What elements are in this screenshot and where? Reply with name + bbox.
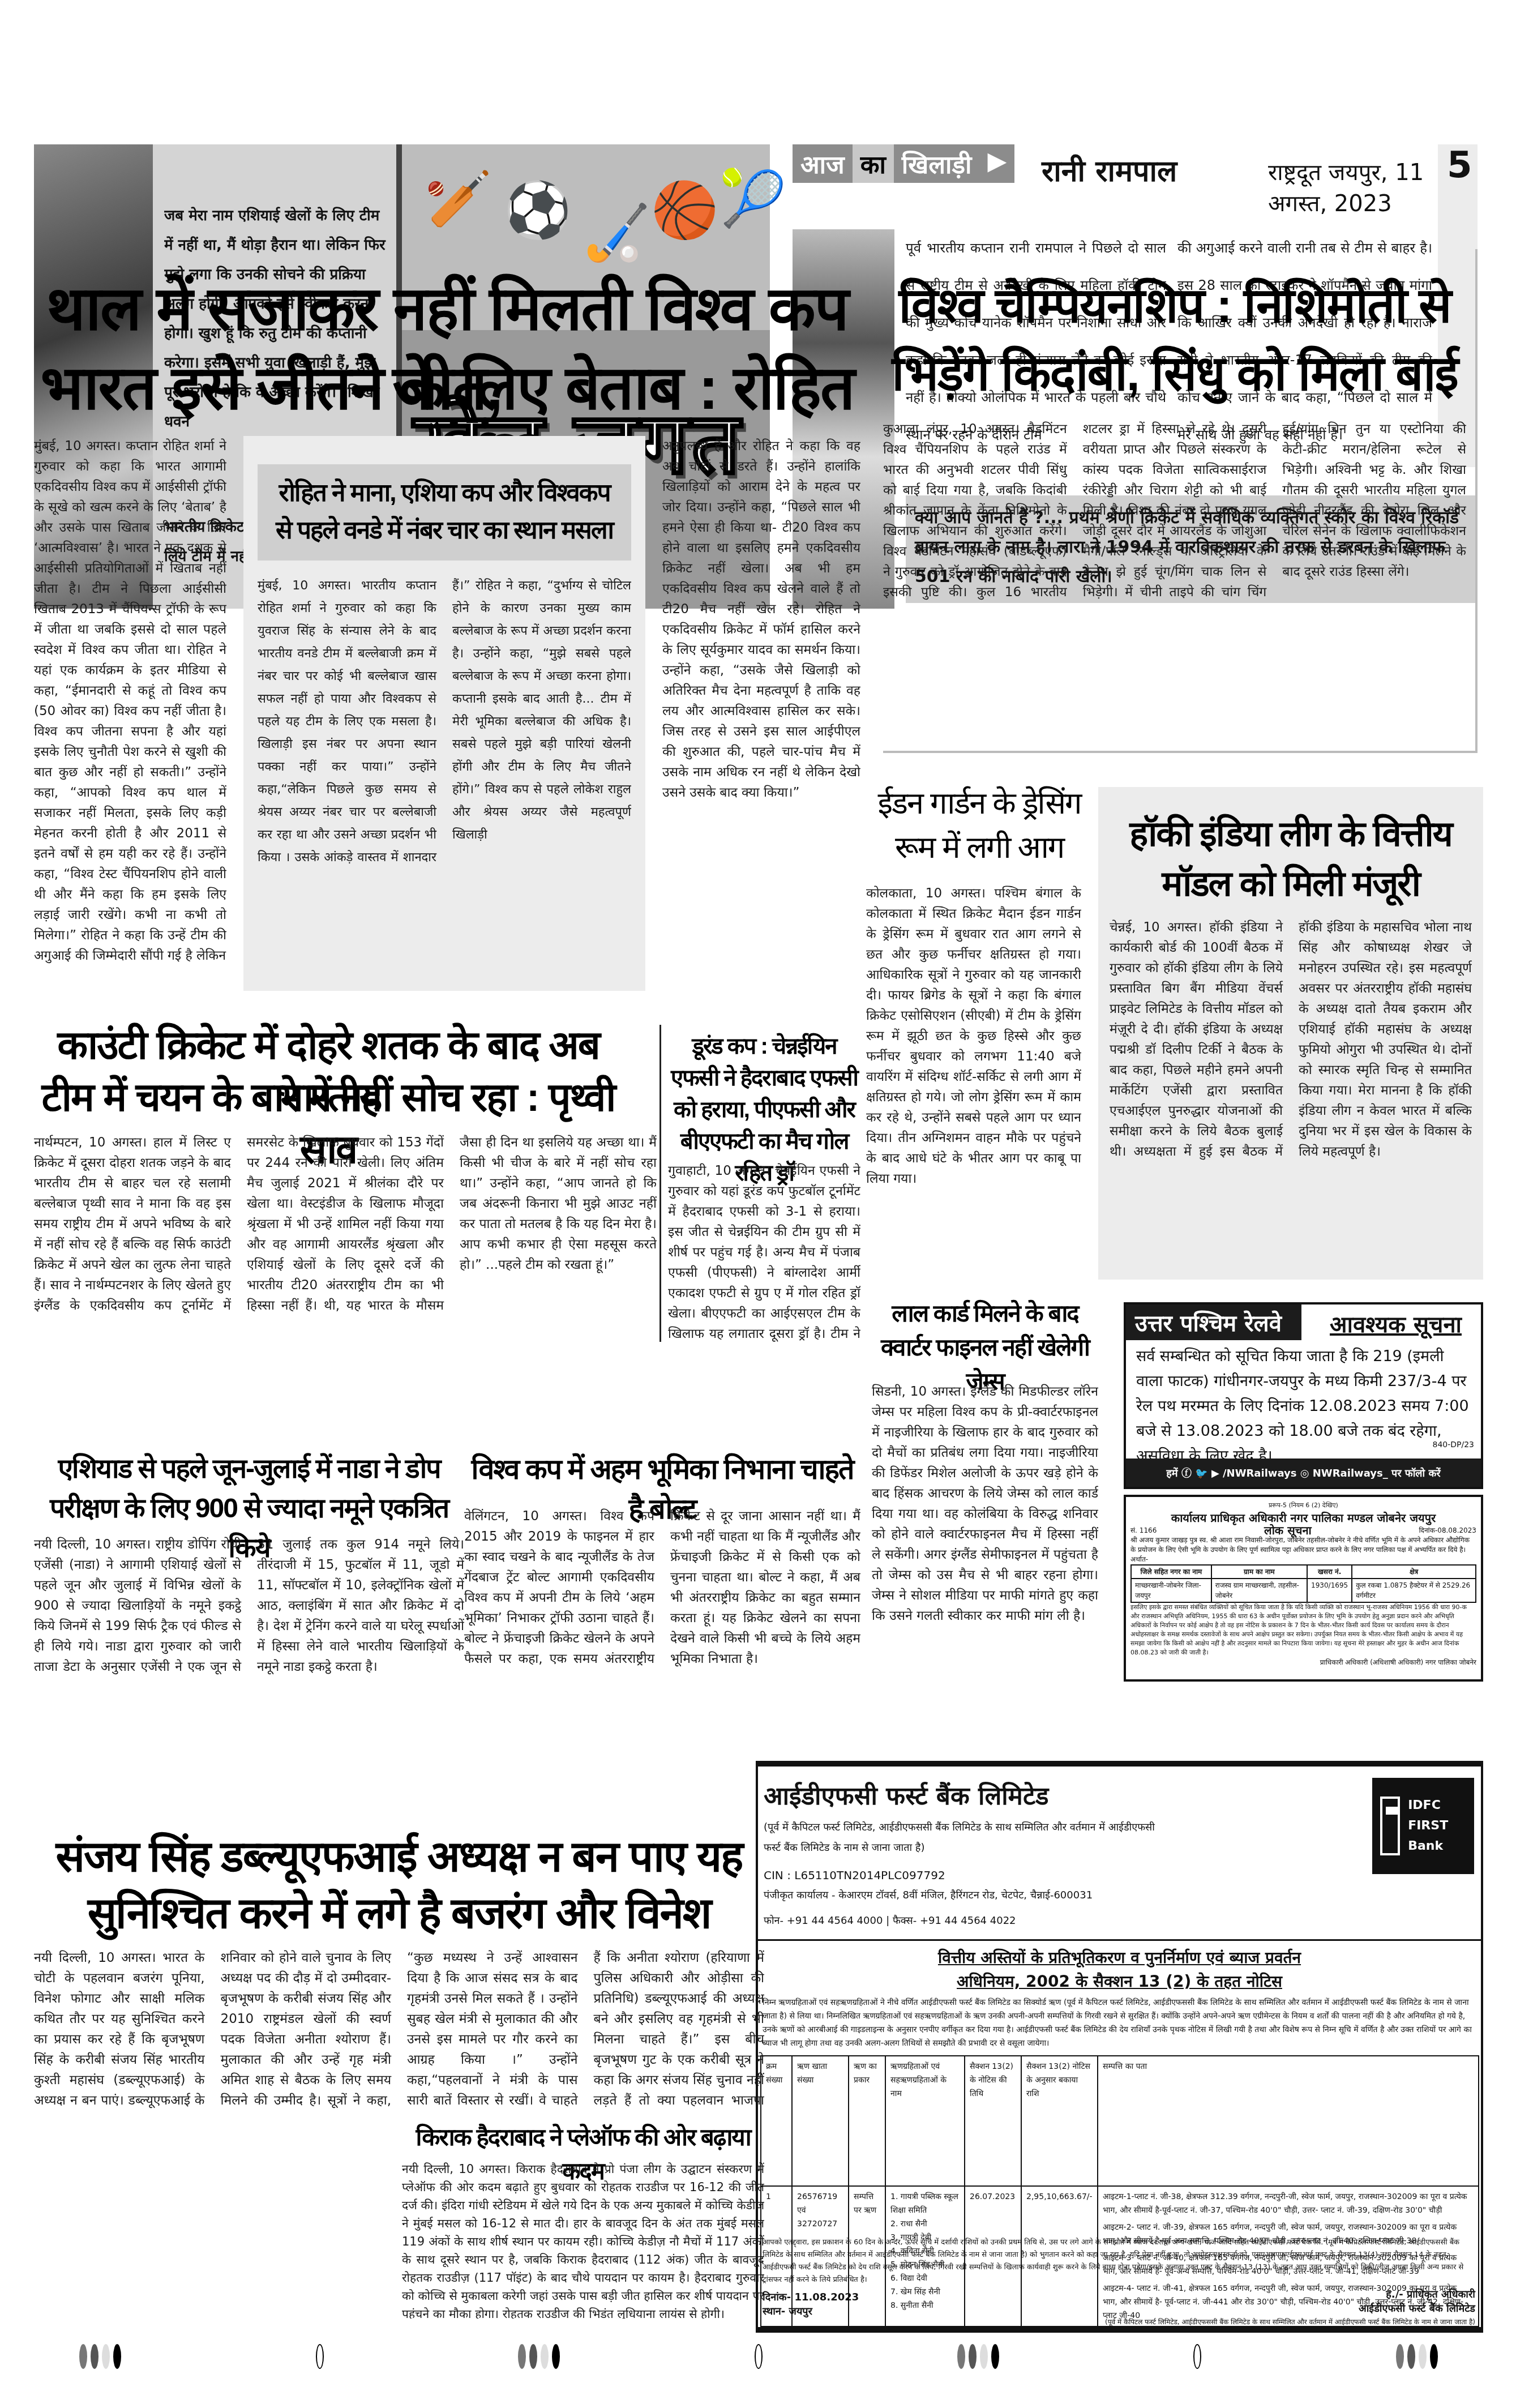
idfc-notice-title-2: अधिनियम, 2002 के सैक्शन 13 (2) के तहत नो…	[758, 1970, 1481, 1992]
idfc-th: सम्पत्ति का पता	[1098, 2056, 1479, 2186]
jobner-th: ग्राम का नाम	[1211, 1565, 1307, 1579]
idfc-divider	[758, 1939, 1481, 1941]
idfc-table: क्रम संख्या ऋण खाता संख्या ऋण का प्रकार …	[760, 2055, 1479, 2327]
idfc-contact: फोन- +91 44 4564 4000 | फैक्स- +91 44 45…	[764, 1914, 1016, 1927]
idfc-place: स्थान- जयपुर	[763, 2304, 812, 2318]
jobner-th: खसरा नं.	[1307, 1565, 1352, 1579]
borrower: 7. खेम सिंह सैनी	[890, 2285, 960, 2299]
jobner-table: जिले सहित नगर का नाम ग्राम का नाम खसरा न…	[1130, 1564, 1476, 1603]
idfc-bank-name: आईडीएफसी फर्स्ट बैंक लिमिटेड	[764, 1778, 1049, 1812]
idfc-notice-title-1: वित्तीय अस्तियों के प्रतिभूतिकरण व पुनर्…	[758, 1947, 1481, 1968]
badminton-box: विश्व चैम्पियनशिप : निशिमोती से भिड़ेंगे…	[883, 249, 1478, 753]
idfc-sign-1: ह./- प्राधिकृत अधिकारी	[1386, 2287, 1475, 2301]
rohit-body-col4: अनुपलब्ध हैं और रोहित ने कहा कि वह अब चो…	[662, 436, 860, 991]
nw-railway-notice: उत्तर पश्चिम रेलवे आवश्यक सूचना सर्व सम्…	[1124, 1302, 1483, 1489]
idfc-sign-2: आईडीएफसी फर्स्ट बैंक लिमिटेड	[1359, 2302, 1475, 2315]
jobner-intro: श्री अजय कुमार जाखड़ पुत्र स्व. श्री आशा…	[1130, 1536, 1476, 1564]
borrower: 2. राधा सैनी	[890, 2217, 960, 2231]
idfc-th: क्रम संख्या	[761, 2056, 792, 2186]
jobner-th: जिले सहित नगर का नाम	[1131, 1565, 1211, 1579]
player-name: रानी रामपाल	[1042, 150, 1177, 190]
idfc-address: पंजीकृत कार्यालय - केआरएम टॉवर्स, 8वीं म…	[764, 1888, 1093, 1902]
jobner-title: लोक सूचना	[1264, 1525, 1312, 1536]
idfc-logo-text-2: Bank	[1408, 1836, 1466, 1857]
rohit-body-col1: मुंबई, 10 अगस्त। कप्तान रोहित शर्मा ने ग…	[34, 436, 226, 991]
hockey-box: हॉकी इंडिया लीग के वित्तीय मॉडल को मिली …	[1098, 787, 1483, 1280]
crosshair-icon	[316, 2344, 324, 2369]
idfc-notice: आईडीएफसी फर्स्ट बैंक लिमिटेड (पूर्व में …	[756, 1761, 1483, 2333]
tag-aaj: आज	[793, 144, 853, 183]
eden-headline: ईडन गार्डन के ड्रेसिंग रूम में लगी आग	[872, 781, 1087, 870]
idfc-date: दिनांक- 11.08.2023	[763, 2290, 859, 2304]
nada-body: नयी दिल्ली, 10 अगस्त। राष्ट्रीय डोपिंग र…	[34, 1534, 464, 1829]
idfc-cin: CIN : L65110TN2014PLC097792	[764, 1868, 945, 1882]
durand-body: गुवाहाटी, 10 अगस्त। चेन्नईयिन एफसी ने गु…	[668, 1161, 860, 1342]
prithvi-body: नार्थम्पटन, 10 अगस्त। हाल में लिस्ट ए क्…	[34, 1132, 657, 1427]
rohit-sidebar-body: मुंबई, 10 अगस्त। भारतीय कप्तान रोहित शर्…	[258, 575, 631, 982]
nwr-org: उत्तर पश्चिम रेलवे	[1126, 1304, 1301, 1340]
color-bar-icon	[79, 2344, 121, 2369]
idfc-th: सैक्शन 13(2) के नोटिस की तिथि	[965, 2056, 1021, 2186]
idfc-logo-text-1: IDFC FIRST	[1408, 1795, 1466, 1836]
kiraak-body: नयी दिल्ली, 10 अगस्त। किराक हैदराबाद ने …	[402, 2160, 764, 2319]
property-item: आइटम-1-प्लाट नं. जी-38, क्षेत्रफल 312.39…	[1103, 2190, 1474, 2217]
eden-body: कोलकाता, 10 अगस्त। पश्चिम बंगाल के कोलका…	[866, 883, 1081, 1280]
hockey-body: चेन्नई, 10 अगस्त। हॉकी इंडिया ने कार्यका…	[1110, 917, 1472, 1274]
jobner-td: 1930/1695	[1307, 1579, 1352, 1602]
nwr-handle-2[interactable]: NWRailways_ पर फॉलो करें	[1313, 1468, 1441, 1479]
jobner-td: कुल रकबा 1.0875 हैक्टेयर में से 2529.26 …	[1352, 1579, 1476, 1602]
wfi-headline-2: सुनिश्चित करने में लगे है बजरंग और विनेश	[34, 1885, 764, 1942]
nwr-footer: हमें ⓕ 🐦 ▶ /NWRailways ◎ NWRailways_ पर …	[1126, 1459, 1481, 1487]
twitter-icon[interactable]: 🐦	[1195, 1468, 1207, 1479]
jobner-form-ref: प्ररूप-5 (नियम 6 (2) देखिए)	[1130, 1500, 1476, 1511]
idfc-th: सैक्शन 13(2) नोटिस के अनुसार बकाया राशि	[1021, 2056, 1098, 2186]
rohit-sidebar: रोहित ने माना, एशिया कप और विश्वकप से पह…	[243, 436, 645, 991]
football-icon: ⚽	[504, 178, 572, 242]
color-bar-icon	[518, 2344, 560, 2369]
nwr-title: आवश्यक सूचना	[1330, 1308, 1462, 1339]
jobner-body: इसलिए इसके द्वारा समस्त संबंधित व्यक्तिय…	[1130, 1603, 1476, 1657]
tag-khiladi: खिलाड़ी	[894, 144, 980, 183]
print-registration-marks	[79, 2344, 1438, 2369]
jobner-date: दिनांक-08.08.2023	[1419, 1525, 1476, 1536]
instagram-icon[interactable]: ◎	[1300, 1468, 1313, 1479]
idfc-th: ऋण का प्रकार	[849, 2056, 885, 2186]
color-bar-icon	[957, 2344, 999, 2369]
column-divider	[659, 1025, 661, 1342]
idfc-logo-mark-icon	[1380, 1797, 1400, 1855]
idfc-closing: आपको एतद्द्वारा, इस प्रकाशन के 60 दिन के…	[763, 2236, 1479, 2286]
idfc-th: ऋणग्रहिताओं एवं सहऋणग्रहिताओं के नाम	[885, 2056, 965, 2186]
badminton-headline-1: विश्व चैम्पियनशिप : निशिमोती से	[883, 272, 1466, 340]
jobner-signature: प्राधिकारी अधिकारी (अधिशाषी अधिकारी) नगर…	[1130, 1657, 1476, 1667]
borrower: 8. सुनीता सैनी	[890, 2299, 960, 2312]
rohit-sidebar-headline: रोहित ने माना, एशिया कप और विश्वकप से पह…	[258, 464, 631, 561]
jobner-td: माच्छरखानी-जोबनेर जिला-जयपुर	[1131, 1579, 1211, 1602]
wfi-body: नयी दिल्ली, 10 अगस्त। भारत के चोटी के पह…	[34, 1948, 764, 2118]
youtube-icon[interactable]: ▶	[1211, 1468, 1219, 1479]
tag-ka: का	[853, 144, 894, 183]
wfi-body-continued	[34, 2123, 385, 2316]
jobner-serial: सं. 1166	[1130, 1525, 1157, 1536]
wfi-headline-1: संजय सिंह डब्ल्यूएफआई अध्यक्ष न बन पाए य…	[34, 1829, 764, 1885]
color-bar-icon	[1396, 2344, 1438, 2369]
hockey-headline: हॉकी इंडिया लीग के वित्तीय मॉडल को मिली …	[1110, 810, 1472, 909]
borrower: 1. गायत्री पब्लिक स्कूल शिक्षा समिति	[890, 2190, 960, 2217]
idfc-notice-intro: निम्न ऋणग्रहिताओं एवं सहऋणग्रहिताओं ने न…	[763, 1996, 1479, 2050]
idfc-th: ऋण खाता संख्या	[792, 2056, 849, 2186]
jobner-td: राजस्व ग्राम माच्छरखानी, तहसील-जोबनेर	[1211, 1579, 1307, 1602]
crosshair-icon	[755, 2344, 763, 2369]
hockey-stick-icon: 🏑	[583, 201, 651, 265]
crosshair-icon	[1193, 2344, 1201, 2369]
arrow-right-icon: ▶	[979, 144, 1014, 183]
nwr-ref: 840-DP/23	[1432, 1440, 1474, 1449]
basketball-hoop-icon: 🏀	[651, 178, 719, 242]
nwr-footer-prefix: हमें	[1166, 1468, 1177, 1479]
idfc-sign-3: (पूर्व में कैपिटल फर्स्ट लिमिटेड, आईडीएफ…	[1105, 2317, 1475, 2326]
idfc-logo: IDFC FIRST Bank	[1372, 1778, 1474, 1874]
jobner-notice: प्ररूप-5 (नियम 6 (2) देखिए) कार्यालय प्र…	[1124, 1495, 1483, 1682]
idfc-formerly: (पूर्व में कैपिटल फर्स्ट लिमिटेड, आईडीएफ…	[764, 1817, 1160, 1858]
badminton-headline-2: भिड़ेंगे किदांबी, सिंधु को मिला बाई	[883, 340, 1466, 408]
james-body: सिडनी, 10 अगस्त। इंग्लैंड की मिडफील्डर ल…	[872, 1382, 1098, 1687]
nwr-handle-1[interactable]: /NWRailways	[1223, 1468, 1297, 1479]
jobner-th: क्षेत्र	[1352, 1565, 1476, 1579]
badminton-body: कुआला लंपुर, 10 अगस्त। बैडमिंटन विश्व चै…	[883, 419, 1466, 742]
tennis-racket-icon: 🎾	[719, 167, 787, 231]
cricket-stumps-icon: 🏏	[425, 167, 493, 231]
aaj-ka-khiladi-tag: आज का खिलाड़ी ▶	[793, 144, 1014, 183]
facebook-icon[interactable]: ⓕ	[1181, 1468, 1192, 1479]
nwr-body: सर्व सम्बन्धित को सूचित किया जाता है कि …	[1126, 1338, 1481, 1440]
